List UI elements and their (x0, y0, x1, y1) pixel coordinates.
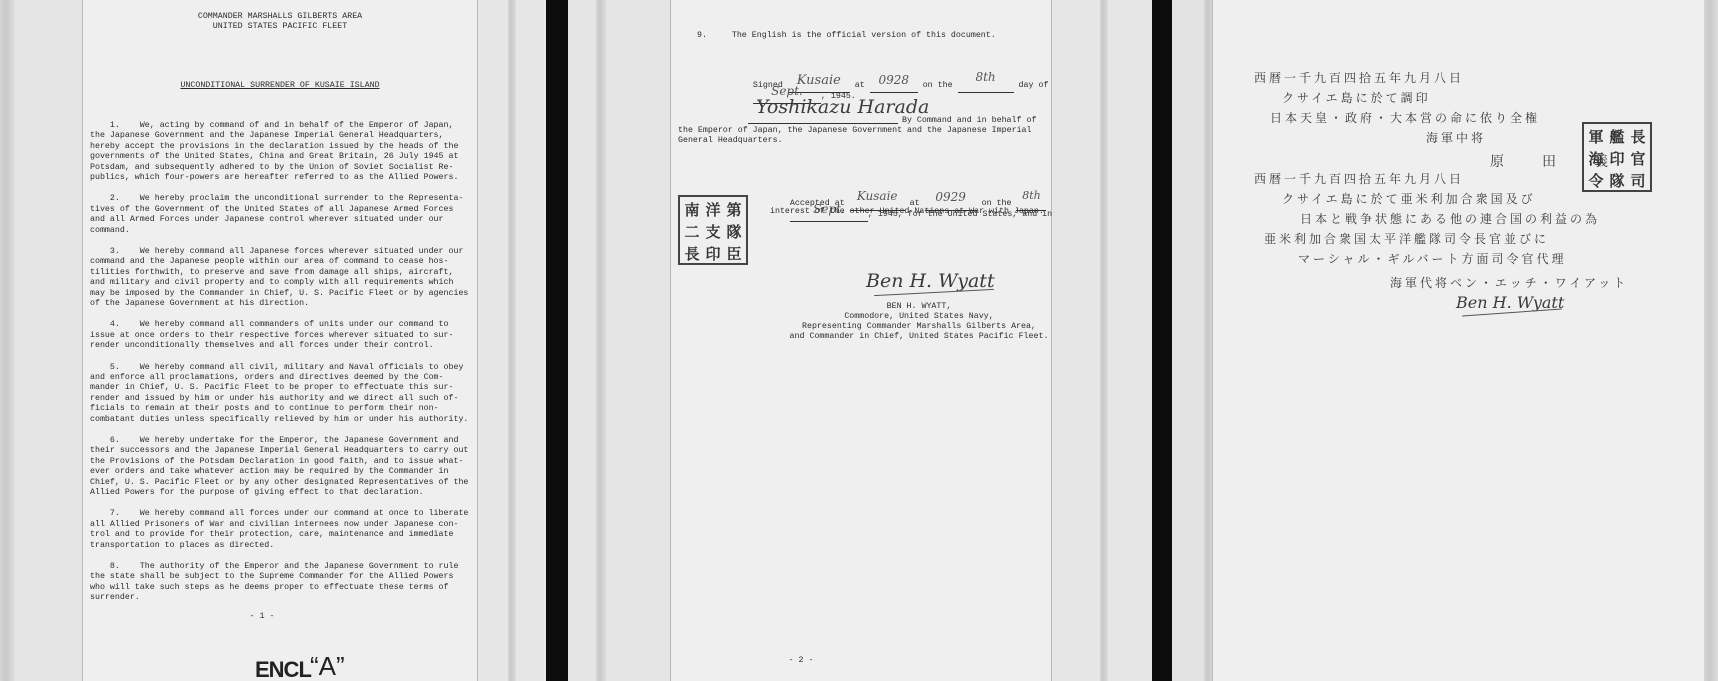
us-representative-signature: Ben H. Wyatt (866, 270, 995, 292)
jp-line: 西暦一千九百四拾五年九月八日 (1254, 71, 1464, 85)
paragraph-line: the Japanese Government and the Japanese… (90, 131, 458, 141)
at-label: at (855, 81, 865, 90)
paragraph-8: 8. The authority of the Emperor and the … (90, 562, 458, 604)
paragraph-line: tives of the Government of the United St… (90, 205, 463, 215)
japanese-seal-stamp: 南洋第二支隊長印臣 (678, 195, 748, 265)
paragraph-line: surrender. (90, 593, 458, 603)
by-command-line-1: By Command and in behalf of (902, 116, 1036, 126)
paragraph-line: 7. We hereby command all forces under ou… (90, 509, 468, 519)
seal-glyph: 二 (682, 221, 702, 242)
scan-gap (546, 0, 568, 681)
paragraph-line: their successors and the Japanese Imperi… (90, 446, 468, 456)
jp-line: クサイエ島に於て調印 (1282, 91, 1431, 105)
paragraph-9: 9. The English is the official version o… (697, 31, 996, 41)
jp-line: 西暦一千九百四拾五年九月八日 (1254, 172, 1464, 186)
paragraph-line: transportation to places as directed. (90, 541, 468, 551)
seal-glyph: 長 (1628, 126, 1648, 147)
page-edge-shadow (0, 0, 14, 681)
document-page-2: 9. The English is the official version o… (670, 0, 1052, 681)
paragraph-line: trol and to provide for their protection… (90, 530, 468, 540)
on-the-label: on the (923, 81, 953, 90)
seal-glyph: 洋 (703, 199, 723, 220)
enclosure-stamp: ENCL (255, 657, 311, 681)
seal-glyph: 司 (1628, 170, 1648, 191)
signer-title-3: and Commander in Chief, United States Pa… (774, 332, 1064, 342)
document-page-3-japanese: 西暦一千九百四拾五年九月八日 クサイエ島に於て調印 日本天皇・政府・大本営の命に… (1212, 0, 1706, 681)
paragraph-4: 4. We hereby command all commanders of u… (90, 320, 453, 351)
paragraph-line: and all Armed Forces under Japanese cont… (90, 215, 463, 225)
page-edge-shadow (596, 0, 606, 681)
day-of-label: day of (1019, 81, 1049, 90)
seal-glyph: 第 (724, 199, 744, 220)
seal-glyph: 海 (1586, 148, 1606, 169)
signed-day-handwriting: 8th (975, 70, 995, 84)
paragraph-line: 6. We hereby undertake for the Emperor, … (90, 436, 468, 446)
paragraph-line: Potsdam, and subsequently adhered to by … (90, 163, 458, 173)
paragraph-line: may be imposed by the Commander in Chief… (90, 289, 468, 299)
signed-time-handwriting: 0928 (878, 73, 909, 87)
page-edge-shadow (508, 0, 516, 681)
page-edge-shadow (1100, 0, 1108, 681)
paragraph-line: combatant duties unless specifically rel… (90, 415, 468, 425)
paragraph-line: mander in Chief, U. S. Pacific Fleet to … (90, 383, 468, 393)
signer-title-2: Representing Commander Marshalls Gilbert… (774, 322, 1064, 332)
official-seal-stamp: 軍艦長海印官令隊司 (1582, 122, 1652, 192)
enclosure-letter: “A” (310, 651, 345, 681)
paragraph-line: 8. The authority of the Emperor and the … (90, 562, 458, 572)
jp-line: 亜米利加合衆国太平洋艦隊司令長官並びに (1264, 232, 1549, 246)
seal-glyph: 印 (1607, 148, 1627, 169)
paragraph-line: the Provisions of the Potsdam Declaratio… (90, 457, 468, 467)
jp-line: クサイエ島に於て亜米利加合衆国及び (1282, 192, 1536, 206)
jp-line: マーシャル・ギルバート方面司令官代理 (1298, 252, 1567, 266)
paragraph-line: Chief, U. S. Pacific Fleet or by any oth… (90, 478, 468, 488)
signer-name: BEN H. WYATT, (774, 302, 1064, 312)
paragraph-line: the state shall be subject to the Suprem… (90, 572, 458, 582)
sheet-margin (568, 0, 670, 681)
paragraph-line: render unconditionally themselves and al… (90, 341, 453, 351)
seal-glyph: 隊 (724, 221, 744, 242)
paragraph-line: issue at once orders to their respective… (90, 331, 453, 341)
paragraph-line: 4. We hereby command all commanders of u… (90, 320, 453, 330)
japanese-representative-signature: Yoshikazu Harada (756, 96, 929, 118)
letterhead-line-1: COMMANDER MARSHALLS GILBERTS AREA (82, 12, 478, 22)
paragraph-line: all Allied Prisoners of War and civilian… (90, 520, 468, 530)
paragraph-3: 3. We hereby command all Japanese forces… (90, 247, 468, 309)
paragraph-line: 1. We, acting by command of and in behal… (90, 121, 458, 131)
paragraph-line: and enforce all proclamations, orders an… (90, 373, 468, 383)
seal-glyph: 艦 (1607, 126, 1627, 147)
document-title: UNCONDITIONAL SURRENDER OF KUSAIE ISLAND (82, 81, 478, 91)
paragraph-line: governments of the United States, China … (90, 152, 458, 162)
paragraph-line: 3. We hereby command all Japanese forces… (90, 247, 468, 257)
paragraph-7: 7. We hereby command all forces under ou… (90, 509, 468, 551)
jp-line: 日本と戦争状態にある他の連合国の利益の為 (1300, 212, 1600, 226)
seal-glyph: 印 (703, 243, 723, 264)
seal-glyph: 支 (703, 221, 723, 242)
jp-line: 海軍代将ベン・エッチ・ワイアット (1390, 276, 1628, 290)
jp-line: 海軍中将 (1426, 131, 1486, 145)
signer-title-1: Commodore, United States Navy, (774, 312, 1064, 322)
paragraph-line: ficials to remain at their posts and to … (90, 404, 468, 414)
paragraph-line: ever orders and take whatever action may… (90, 467, 468, 477)
paragraph-1: 1. We, acting by command of and in behal… (90, 121, 458, 183)
paragraph-6: 6. We hereby undertake for the Emperor, … (90, 436, 468, 498)
signature-line (748, 123, 898, 124)
seal-glyph: 臣 (724, 243, 744, 264)
by-command-line-3: General Headquarters. (678, 136, 783, 146)
letterhead-line-2: UNITED STATES PACIFIC FLEET (82, 22, 478, 32)
paragraph-line: publics, which four-powers are hereafter… (90, 173, 458, 183)
seal-glyph: 南 (682, 199, 702, 220)
paragraph-line: and military and civil property and to c… (90, 278, 468, 288)
signed-day-field: 8th (958, 78, 1014, 92)
page-number: - 1 - (82, 612, 442, 622)
paragraph-line: render and issued by him or under his au… (90, 394, 468, 404)
paragraph-line: Allied Powers for the purpose of giving … (90, 488, 468, 498)
signed-time-field: 0928 (870, 78, 918, 92)
paragraph-5: 5. We hereby command all civil, military… (90, 363, 468, 425)
seal-glyph: 令 (1586, 170, 1606, 191)
page-edge-shadow (1704, 0, 1718, 681)
document-page-1: COMMANDER MARSHALLS GILBERTS AREA UNITED… (82, 0, 478, 681)
paragraph-line: of the Japanese Government at his direct… (90, 299, 468, 309)
seal-glyph: 官 (1628, 148, 1648, 169)
paragraph-2: 2. We hereby proclaim the unconditional … (90, 194, 463, 236)
seal-glyph: 隊 (1607, 170, 1627, 191)
paragraph-line: who will take such steps as he deems pro… (90, 583, 458, 593)
scan-gap (1152, 0, 1172, 681)
page-number: - 2 - (670, 656, 932, 666)
by-command-line-2: the Emperor of Japan, the Japanese Gover… (678, 126, 1032, 136)
seal-glyph: 長 (682, 243, 702, 264)
seal-glyph: 軍 (1586, 126, 1606, 147)
paragraph-line: tilities forthwith, to preserve and save… (90, 268, 468, 278)
paragraph-line: hereby accept the provisions in the decl… (90, 142, 458, 152)
jp-line: 日本天皇・政府・大本営の命に依り全権 (1270, 111, 1540, 125)
paragraph-line: command. (90, 226, 463, 236)
paragraph-line: 5. We hereby command all civil, military… (90, 363, 468, 373)
paragraph-line: command and the Japanese people within o… (90, 257, 468, 267)
paragraph-line: 2. We hereby proclaim the unconditional … (90, 194, 463, 204)
accepted-line-3: interest of the other United Nations at … (770, 207, 1044, 217)
